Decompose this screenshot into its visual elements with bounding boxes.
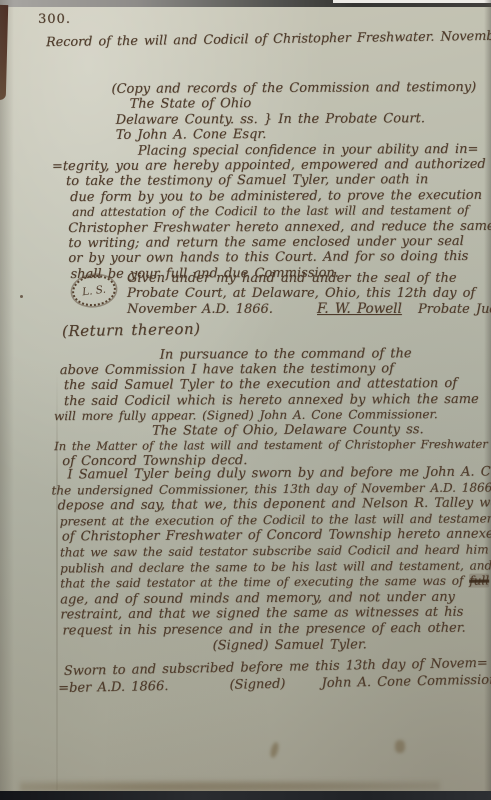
notary-seal: L. S. (70, 272, 117, 308)
manuscript-line: In pursuance to the command of the (160, 346, 485, 363)
manuscript-line-text: that the said testator at the time of ex… (60, 574, 469, 591)
jurat-signed-label: (Signed) (229, 677, 285, 693)
ink-smudge (269, 741, 280, 758)
ink-smudge (20, 295, 23, 298)
manuscript-line: The State of Ohio (130, 95, 485, 112)
judge-title: Probate Judge. (418, 302, 491, 317)
jurat-date: =ber A.D. 1866. (58, 679, 168, 696)
return-heading: (Return thereon) (62, 320, 201, 340)
manuscript-line: Probate Court, at Delaware, Ohio, this 1… (127, 286, 472, 301)
page-title: Record of the will and Codicil of Christ… (46, 29, 486, 50)
attestation-date: November A.D. 1866. (127, 302, 273, 317)
commission-section: (Copy and records of the Commission and … (49, 80, 485, 283)
manuscript-line: November A.D. 1866. F. W. Powell Probate… (127, 302, 472, 317)
commissioner-signature: John A. Cone Commissioner. (321, 672, 491, 691)
jurat-section: Sworn to and subscribed before me this 1… (58, 655, 479, 697)
manuscript-line: Placing special confidence in your abili… (138, 141, 485, 158)
return-section: In pursuance to the command of the above… (52, 346, 486, 470)
page-number: 300. (38, 12, 71, 27)
page-bottom-edge (0, 791, 491, 800)
deponent-signature: (Signed) Samuel Tyler. (213, 636, 486, 653)
seal-label: L. S. (81, 283, 106, 298)
manuscript-line: and attestation of the Codicil to the la… (72, 203, 485, 221)
left-page-shadow (0, 0, 14, 800)
attestation-section: L. S. Given under my hand and under the … (72, 271, 472, 317)
page-top-sliver (333, 0, 491, 3)
ledger-page: 300. Record of the will and Codicil of C… (0, 0, 491, 800)
deposition-section: I Samuel Tyler being duly sworn by and b… (51, 464, 485, 654)
manuscript-line: In the Matter of the last will and testa… (54, 437, 485, 454)
judge-signature: F. W. Powell (317, 301, 402, 317)
manuscript-line: request in his presence and in the prese… (62, 620, 485, 639)
manuscript-line: or by your own hands to this Court. And … (68, 249, 485, 267)
manuscript-line: the said Samuel Tyler to the execution a… (64, 376, 485, 393)
manuscript-line: (Copy and records of the Commission and … (111, 80, 484, 97)
ink-smudge (395, 740, 405, 753)
struck-word: full (469, 574, 489, 588)
manuscript-line: The State of Ohio, Delaware County ss. (152, 422, 485, 439)
manuscript-line: Given under my hand and under the seal o… (127, 271, 472, 286)
